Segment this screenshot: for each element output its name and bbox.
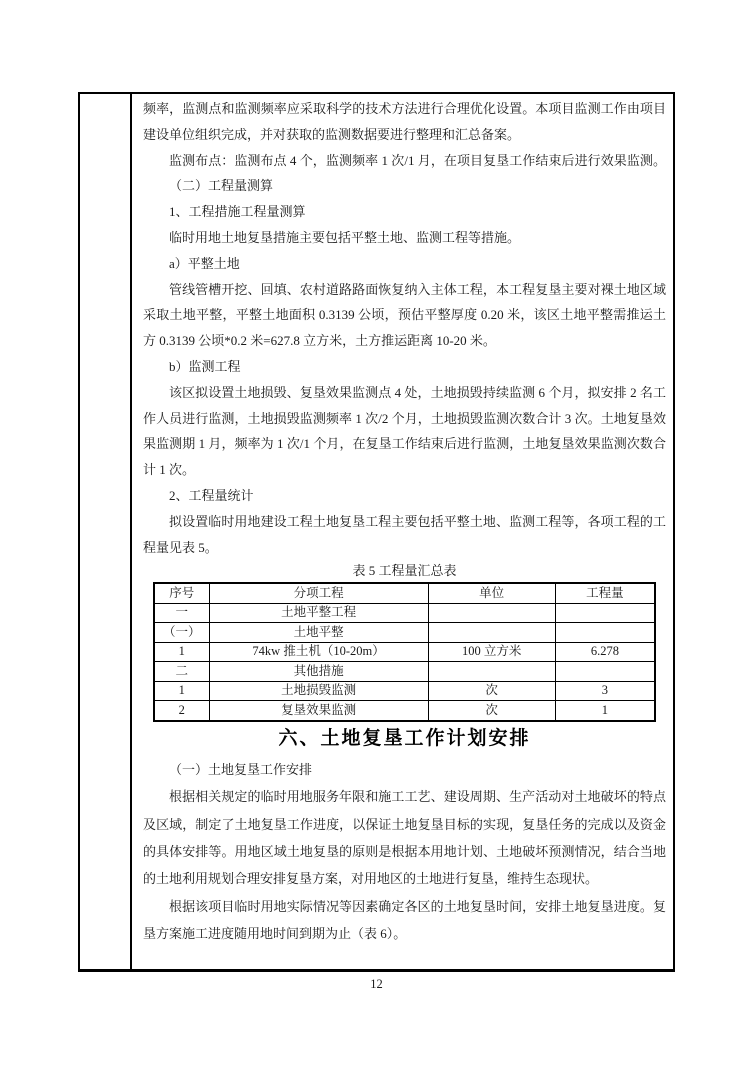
table-row: 一土地平整工程	[154, 603, 655, 623]
table-cell: 74kw 推土机（10-20m）	[209, 642, 428, 662]
table-row: 174kw 推土机（10-20m）100 立方米6.278	[154, 642, 655, 662]
section-heading: 六、土地复垦工作计划安排	[143, 722, 666, 756]
page-number: 12	[0, 977, 753, 992]
text-line: b）监测工程	[143, 354, 666, 380]
table-cell: 土地平整工程	[209, 603, 428, 623]
table-cell	[555, 603, 655, 623]
table-caption: 表 5 工程量汇总表	[143, 560, 666, 582]
text-line: 管线管槽开挖、回填、农村道路路面恢复纳入主体工程，本工程复垦主要对裸土地区域	[143, 277, 666, 303]
text-line: 临时用地土地复垦措施主要包括平整土地、监测工程等措施。	[143, 225, 666, 251]
left-empty-column	[80, 94, 132, 969]
text-line: 及区域，制定了土地复垦工作进度，以保证土地复垦目标的实现，复垦任务的完成以及资金	[143, 811, 666, 838]
text-line: 程量见表 5。	[143, 535, 666, 561]
text-line: 建设单位组织完成，并对获取的监测数据要进行整理和汇总备案。	[143, 122, 666, 148]
table-header-cell: 工程量	[555, 583, 655, 603]
table-cell: 3	[555, 681, 655, 701]
text-line: 根据相关规定的临时用地服务年限和施工工艺、建设周期、生产活动对土地破坏的特点	[143, 783, 666, 810]
text-line: 监测布点：监测布点 4 个，监测频率 1 次/1 月，在项目复垦工作结束后进行效…	[143, 148, 666, 174]
table-cell: 土地损毁监测	[209, 681, 428, 701]
text-line: a）平整土地	[143, 251, 666, 277]
text-line: 垦方案施工进度随用地时间到期为止（表 6）。	[143, 920, 666, 947]
text-line: 作人员进行监测，土地损毁监测频率 1 次/2 个月，土地损毁监测次数合计 3 次…	[143, 406, 666, 432]
table-cell	[428, 662, 555, 682]
table-cell	[428, 603, 555, 623]
text-line: 1、工程措施工程量测算	[143, 199, 666, 225]
text-line: （二）工程量测算	[143, 173, 666, 199]
table-cell: 土地平整	[209, 623, 428, 643]
table-header-row: 序号分项工程单位工程量	[154, 583, 655, 603]
text-line: 该区拟设置土地损毁、复垦效果监测点 4 处，土地损毁持续监测 6 个月，拟安排 …	[143, 380, 666, 406]
table-cell: 1	[154, 642, 209, 662]
content-area: 频率，监测点和监测频率应采取科学的技术方法进行合理优化设置。本项目监测工作由项目…	[132, 94, 673, 969]
text-line: 采取土地平整，平整土地面积 0.3139 公顷，预估平整厚度 0.20 米，该区…	[143, 302, 666, 328]
table-cell: 1	[154, 681, 209, 701]
table-cell	[555, 662, 655, 682]
table-cell: 二	[154, 662, 209, 682]
table-row: 2复垦效果监测次1	[154, 701, 655, 721]
document-page: 频率，监测点和监测频率应采取科学的技术方法进行合理优化设置。本项目监测工作由项目…	[0, 0, 753, 1066]
table-row: 1土地损毁监测次3	[154, 681, 655, 701]
table-cell: 次	[428, 701, 555, 721]
table-header-cell: 分项工程	[209, 583, 428, 603]
text-line: 的土地利用规划合理安排复垦方案，对用地区的土地进行复垦，维持生态现状。	[143, 865, 666, 892]
table-cell: 2	[154, 701, 209, 721]
table-cell	[555, 623, 655, 643]
table-cell: 次	[428, 681, 555, 701]
text-line: 计 1 次。	[143, 457, 666, 483]
text-line: 拟设置临时用地建设工程土地复垦工程主要包括平整土地、监测工程等，各项工程的工	[143, 509, 666, 535]
table-header-cell: 序号	[154, 583, 209, 603]
engineering-quantity-table: 序号分项工程单位工程量 一土地平整工程（一）土地平整174kw 推土机（10-2…	[153, 582, 656, 722]
table-header-cell: 单位	[428, 583, 555, 603]
table-row: （一）土地平整	[154, 623, 655, 643]
table-row: 二其他措施	[154, 662, 655, 682]
table-cell: 1	[555, 701, 655, 721]
table-cell	[428, 623, 555, 643]
text-line: 果监测期 1 月，频率为 1 次/1 个月，在复垦工作结束后进行监测，土地复垦效…	[143, 431, 666, 457]
text-line: 的具体安排等。用地区域土地复垦的原则是根据本用地计划、土地破坏预测情况，结合当地	[143, 838, 666, 865]
paragraph-block-top: 频率，监测点和监测频率应采取科学的技术方法进行合理优化设置。本项目监测工作由项目…	[143, 96, 666, 560]
document-border-box: 频率，监测点和监测频率应采取科学的技术方法进行合理优化设置。本项目监测工作由项目…	[78, 92, 675, 972]
table-cell: 一	[154, 603, 209, 623]
paragraph-block-bottom: （一）土地复垦工作安排根据相关规定的临时用地服务年限和施工工艺、建设周期、生产活…	[143, 756, 666, 948]
table-cell: 6.278	[555, 642, 655, 662]
table-cell: 其他措施	[209, 662, 428, 682]
table-cell: （一）	[154, 623, 209, 643]
table-cell: 复垦效果监测	[209, 701, 428, 721]
text-line: 频率，监测点和监测频率应采取科学的技术方法进行合理优化设置。本项目监测工作由项目	[143, 96, 666, 122]
text-line: 2、工程量统计	[143, 483, 666, 509]
text-line: 根据该项目临时用地实际情况等因素确定各区的土地复垦时间，安排土地复垦进度。复	[143, 893, 666, 920]
text-line: 方 0.3139 公顷*0.2 米=627.8 立方米，土方推运距离 10-20…	[143, 328, 666, 354]
text-line: （一）土地复垦工作安排	[143, 756, 666, 783]
table-cell: 100 立方米	[428, 642, 555, 662]
